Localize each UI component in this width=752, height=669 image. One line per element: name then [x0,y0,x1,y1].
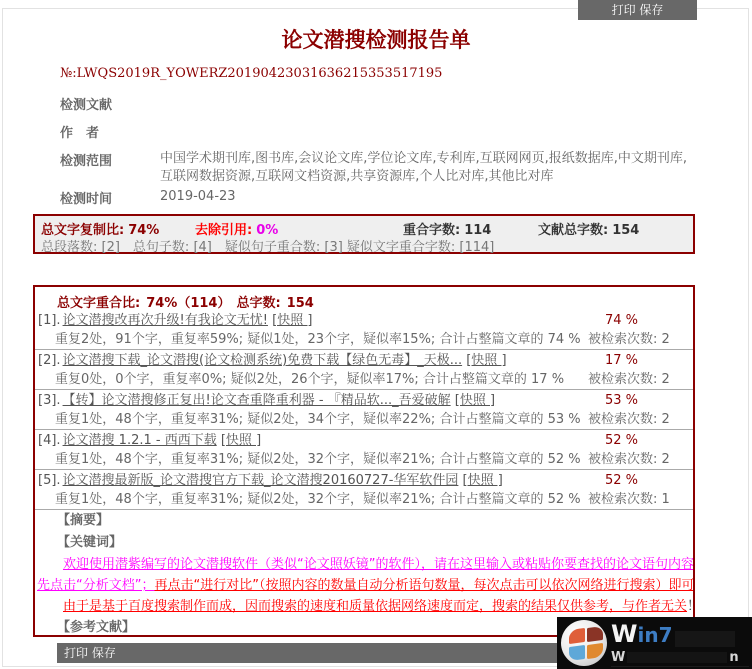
note3-red-text: 由于是基于百度搜索制作而成，因而搜索的速度和质量依据网络速度而定，搜索的结果仅供… [63,599,687,614]
results-header: 总文字重合比:74%（114）总字数:154 [35,287,693,310]
note1-text: 欢迎使用潜紫编写的论文潜搜软件（类似“论文照妖镜”的软件），请在这里输入或粘贴你… [63,557,693,572]
info-label: 作 者 [60,122,160,141]
keywords-label: 【关键词】 [35,532,693,554]
result-title-link[interactable]: 论文潜搜 1.2.1 - 西西下载 [63,433,217,448]
info-value: 2019-04-23 [160,188,695,206]
windows-flag-quadrant [587,626,603,642]
url-start: W [611,650,625,665]
windows-flag-quadrant [569,645,585,661]
result-row-5: [5].论文潜搜最新版_论文潜搜官方下载_论文潜搜20160727-华军软件园 … [35,470,693,510]
windows-logo-icon [561,620,607,666]
result-detail: 重复1处，48个字，重复率31%; 疑似2处，32个字，疑似率21%; 合计占整… [38,491,595,508]
snapshot-link[interactable]: [快照 ] [221,433,261,448]
result-title-link[interactable]: 论文潜搜下载_论文潜搜(论文检测系统)免费下载【绿色无毒】_天极... [63,353,463,368]
snapshot-link[interactable]: [快照 ] [455,393,495,408]
result-index: [2]. [38,353,61,368]
overlap-percent: 52 % [605,430,638,451]
note3-end: ！ [687,599,693,614]
info-label: 检测范围 [60,150,160,169]
result-detail: 重复0处，0个字，重复率0%; 疑似2处，26个字，疑似率17%; 合计占整篇文… [38,371,595,388]
note2-red-text: 再点击“进行对比”（按照内容的数量自动分析语句数量，每次点击可以依次网络进行搜索… [154,578,693,593]
overlap-percent: 53 % [605,390,638,411]
info-label: 检测文献 [60,94,160,113]
summary-line-1: 总文字复制比:74% 去除引用:0% 重合字数:114 文献总字数:154 [35,219,693,236]
search-count: 被检索次数: 2 [588,331,670,348]
overlap-percent: 17 % [605,350,638,371]
info-row-document: 检测文献 [60,94,710,113]
watermark-brand: Win7 [611,621,749,647]
dark-text-bar [675,631,735,647]
result-title-link[interactable]: 【转】论文潜搜修正复出!论文查重降重利器 - 『精品软..._吾爱破解 [63,393,451,408]
info-row-author: 作 者 [60,122,710,141]
print-save-button-top[interactable]: 打印 保存 [578,0,697,20]
result-row-4: [4].论文潜搜 1.2.1 - 西西下载 [快照 ] 52 % 重复1处，48… [35,430,693,470]
result-detail: 重复2处，91个字，重复率59%; 疑似1处，23个字，疑似率15%; 合计占整… [38,331,595,348]
results-box: 总文字重合比:74%（114）总字数:154 [1].论文潜搜改再次升级!有我论… [33,285,695,637]
usage-note-1: 欢迎使用潜紫编写的论文潜搜软件（类似“论文照妖镜”的软件），请在这里输入或粘贴你… [35,554,693,575]
overlap-percent: 74 % [605,310,638,331]
result-row-3: [3].【转】论文潜搜修正复出!论文查重降重利器 - 『精品软..._吾爱破解 … [35,390,693,430]
usage-note-2: 先点击“分析文档”；再点击“进行对比”（按照内容的数量自动分析语句数量，每次点击… [35,575,693,596]
url-end: n [729,650,738,665]
snapshot-link[interactable]: [快照 ] [466,353,506,368]
win7-watermark: Win7 Wn [557,617,752,669]
info-label: 检测时间 [60,188,160,207]
brand-rest: in7 [637,623,672,647]
result-detail: 重复1处，48个字，重复率31%; 疑似2处，32个字，疑似率21%; 合计占整… [38,451,595,468]
search-count: 被检索次数: 2 [588,411,670,428]
windows-flag-quadrant [587,643,603,659]
result-detail: 重复1处，48个字，重复率31%; 疑似2处，34个字，疑似率22%; 合计占整… [38,411,595,428]
result-title-link[interactable]: 论文潜搜最新版_论文潜搜官方下载_论文潜搜20160727-华军软件园 [63,473,459,488]
overlap-percent: 52 % [605,470,638,491]
search-count: 被检索次数: 1 [588,491,670,508]
dark-url-bar [627,652,727,663]
result-index: [4]. [38,433,61,448]
report-serial-number: №:LWQS2019R_YOWERZ2019042303163621535351… [60,66,442,81]
info-value: 中国学术期刊库,图书库,会议论文库,学位论文库,专利库,互联网网页,报纸数据库,… [160,150,695,186]
windows-flag-quadrant [569,628,585,644]
search-count: 被检索次数: 2 [588,371,670,388]
summary-line-2: 总段落数: [2] 总句子数: [4] 疑似句子重合数: [3] 疑似文字重合字… [41,236,494,255]
result-row-2: [2].论文潜搜下载_论文潜搜(论文检测系统)免费下载【绿色无毒】_天极... … [35,350,693,390]
result-index: [3]. [38,393,61,408]
snapshot-link[interactable]: [快照 ] [463,473,503,488]
result-row-1: [1].论文潜搜改再次升级!有我论文无忧! [快照 ] 74 % 重复2处，91… [35,310,693,350]
usage-note-3: 由于是基于百度搜索制作而成，因而搜索的速度和质量依据网络速度而定，搜索的结果仅供… [35,596,693,617]
total-words: 文献总字数:154 [538,219,639,238]
info-row-scope: 检测范围中国学术期刊库,图书库,会议论文库,学位论文库,专利库,互联网网页,报纸… [60,150,710,186]
note2-magenta-text: 先点击“分析文档”； [37,578,154,593]
watermark-url: Wn [611,650,749,667]
result-title-link[interactable]: 论文潜搜改再次升级!有我论文无忧! [63,313,268,328]
search-count: 被检索次数: 2 [588,451,670,468]
page-title: 论文潜搜检测报告单 [0,24,752,54]
info-row-date: 检测时间2019-04-23 [60,188,710,207]
abstract-label: 【摘要】 [35,510,693,532]
snapshot-link[interactable]: [快照 ] [272,313,312,328]
summary-box: 总文字复制比:74% 去除引用:0% 重合字数:114 文献总字数:154 总段… [33,214,695,254]
result-index: [5]. [38,473,61,488]
result-index: [1]. [38,313,61,328]
brand-letter: W [611,620,637,648]
watermark-text: Win7 Wn [611,621,749,667]
